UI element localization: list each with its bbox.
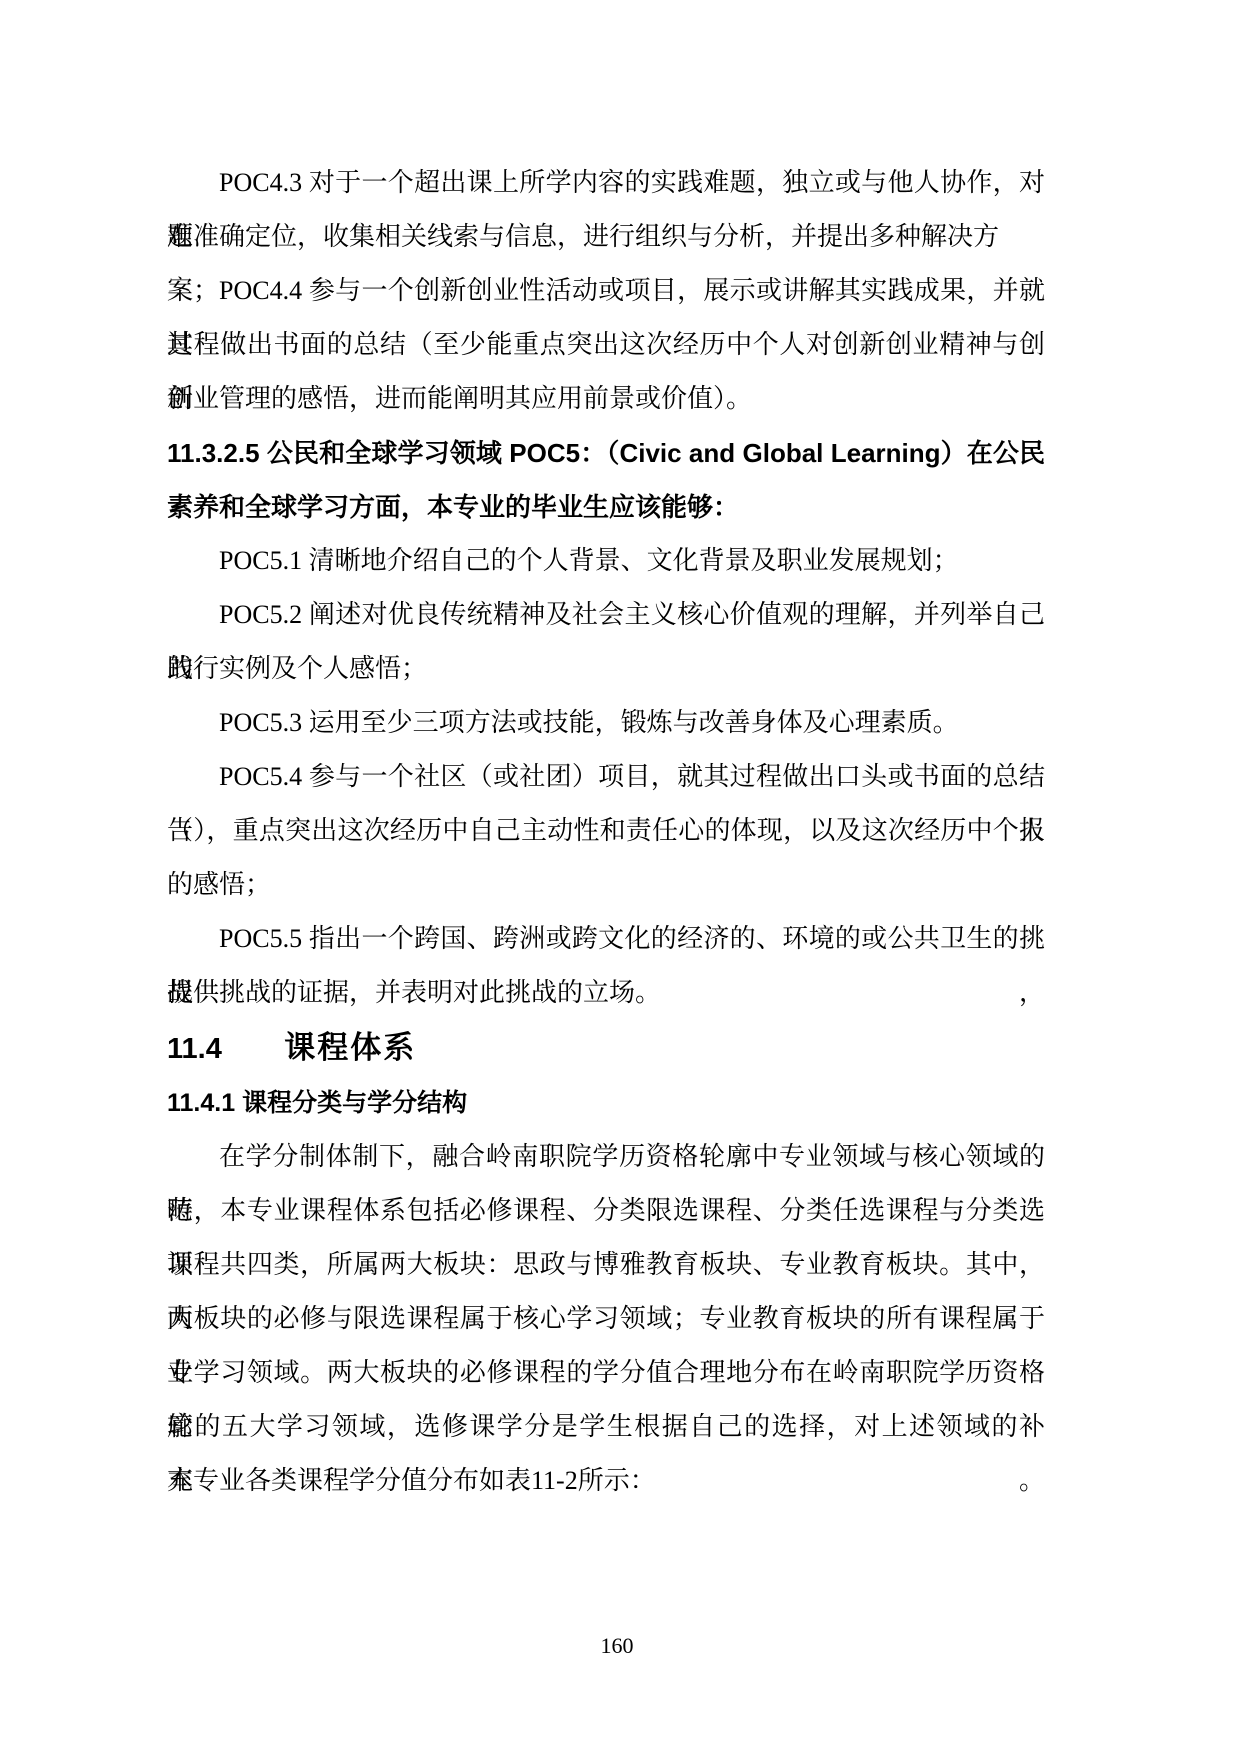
text-line: POC5.2 阐述对优良传统精神及社会主义核心价值观的理解，并列举自己的 [167,588,1045,642]
page-content: POC4.3 对于一个超出课上所学内容的实践难题，独立或与他人协作，对难 题准确… [167,156,1045,1508]
text-line: 业学习领域。两大板块的必修课程的学分值合理地分布在岭南职院学历资格轮 [167,1346,1045,1400]
document-page: POC4.3 对于一个超出课上所学内容的实践难题，独立或与他人协作，对难 题准确… [0,0,1234,1747]
heading-11-4-1: 11.4.1 课程分类与学分结构 [167,1076,1045,1130]
heading-line: 素养和全球学习方面，本专业的毕业生应该能够： [167,480,1045,534]
paragraph-poc5-4: POC5.4 参与一个社区（或社团）项目，就其过程做出口头或书面的总结（报 告）… [167,750,1045,912]
text-line: POC5.4 参与一个社区（或社团）项目，就其过程做出口头或书面的总结（报 [167,750,1045,804]
text-line: 畴，本专业课程体系包括必修课程、分类限选课程、分类任选课程与分类选项 [167,1184,1045,1238]
text-line: POC4.3 对于一个超出课上所学内容的实践难题，独立或与他人协作，对难 [167,156,1045,210]
paragraph-poc5-1: POC5.1 清晰地介绍自己的个人背景、文化背景及职业发展规划； [167,534,1045,588]
text-line: 廓的五大学习领域，选修课学分是学生根据自己的选择，对上述领域的补充。 [167,1400,1045,1454]
text-line: 大板块的必修与限选课程属于核心学习领域；专业教育板块的所有课程属于专 [167,1292,1045,1346]
text-line: POC5.3 运用至少三项方法或技能，锻炼与改善身体及心理素质。 [167,696,1045,750]
text-line: 课程共四类，所属两大板块：思政与博雅教育板块、专业教育板块。其中，两 [167,1238,1045,1292]
paragraph-course-system: 在学分制体制下，融合岭南职院学历资格轮廓中专业领域与核心领域的范 畴，本专业课程… [167,1130,1045,1508]
paragraph-poc4-4: POC4.4 参与一个创新创业性活动或项目，展示或讲解其实践成果，并就其 过程做… [167,264,1045,426]
paragraph-poc5-3: POC5.3 运用至少三项方法或技能，锻炼与改善身体及心理素质。 [167,696,1045,750]
paragraph-poc4-3: POC4.3 对于一个超出课上所学内容的实践难题，独立或与他人协作，对难 题准确… [167,156,1045,264]
text-line: POC5.1 清晰地介绍自己的个人背景、文化背景及职业发展规划； [167,534,1045,588]
text-line: 过程做出书面的总结（至少能重点突出这次经历中个人对创新创业精神与创新 [167,318,1045,372]
text-line: 的感悟； [167,858,1045,912]
text-line: POC4.4 参与一个创新创业性活动或项目，展示或讲解其实践成果，并就其 [167,264,1045,318]
heading-11-4: 11.4 课程体系 [167,1020,1045,1076]
text-line: 题准确定位，收集相关线索与信息，进行组织与分析，并提出多种解决方案； [167,210,1045,264]
text-line: 践行实例及个人感悟； [167,642,1045,696]
paragraph-poc5-2: POC5.2 阐述对优良传统精神及社会主义核心价值观的理解，并列举自己的 践行实… [167,588,1045,696]
text-line: 在学分制体制下，融合岭南职院学历资格轮廓中专业领域与核心领域的范 [167,1130,1045,1184]
section-title: 课程体系 [284,1030,416,1065]
heading-11-3-2-5: 11.3.2.5 公民和全球学习领域 POC5：（Civic and Globa… [167,426,1045,534]
text-line: 创业管理的感悟，进而能阐明其应用前景或价值）。 [167,372,1045,426]
page-number: 160 [0,1632,1234,1660]
paragraph-poc5-5: POC5.5 指出一个跨国、跨洲或跨文化的经济的、环境的或公共卫生的挑战， 提供… [167,912,1045,1020]
section-number: 11.4 [167,1033,222,1065]
heading-line: 11.3.2.5 公民和全球学习领域 POC5：（Civic and Globa… [167,426,1045,480]
text-line: POC5.5 指出一个跨国、跨洲或跨文化的经济的、环境的或公共卫生的挑战， [167,912,1045,966]
text-line: 告），重点突出这次经历中自己主动性和责任心的体现，以及这次经历中个人 [167,804,1045,858]
